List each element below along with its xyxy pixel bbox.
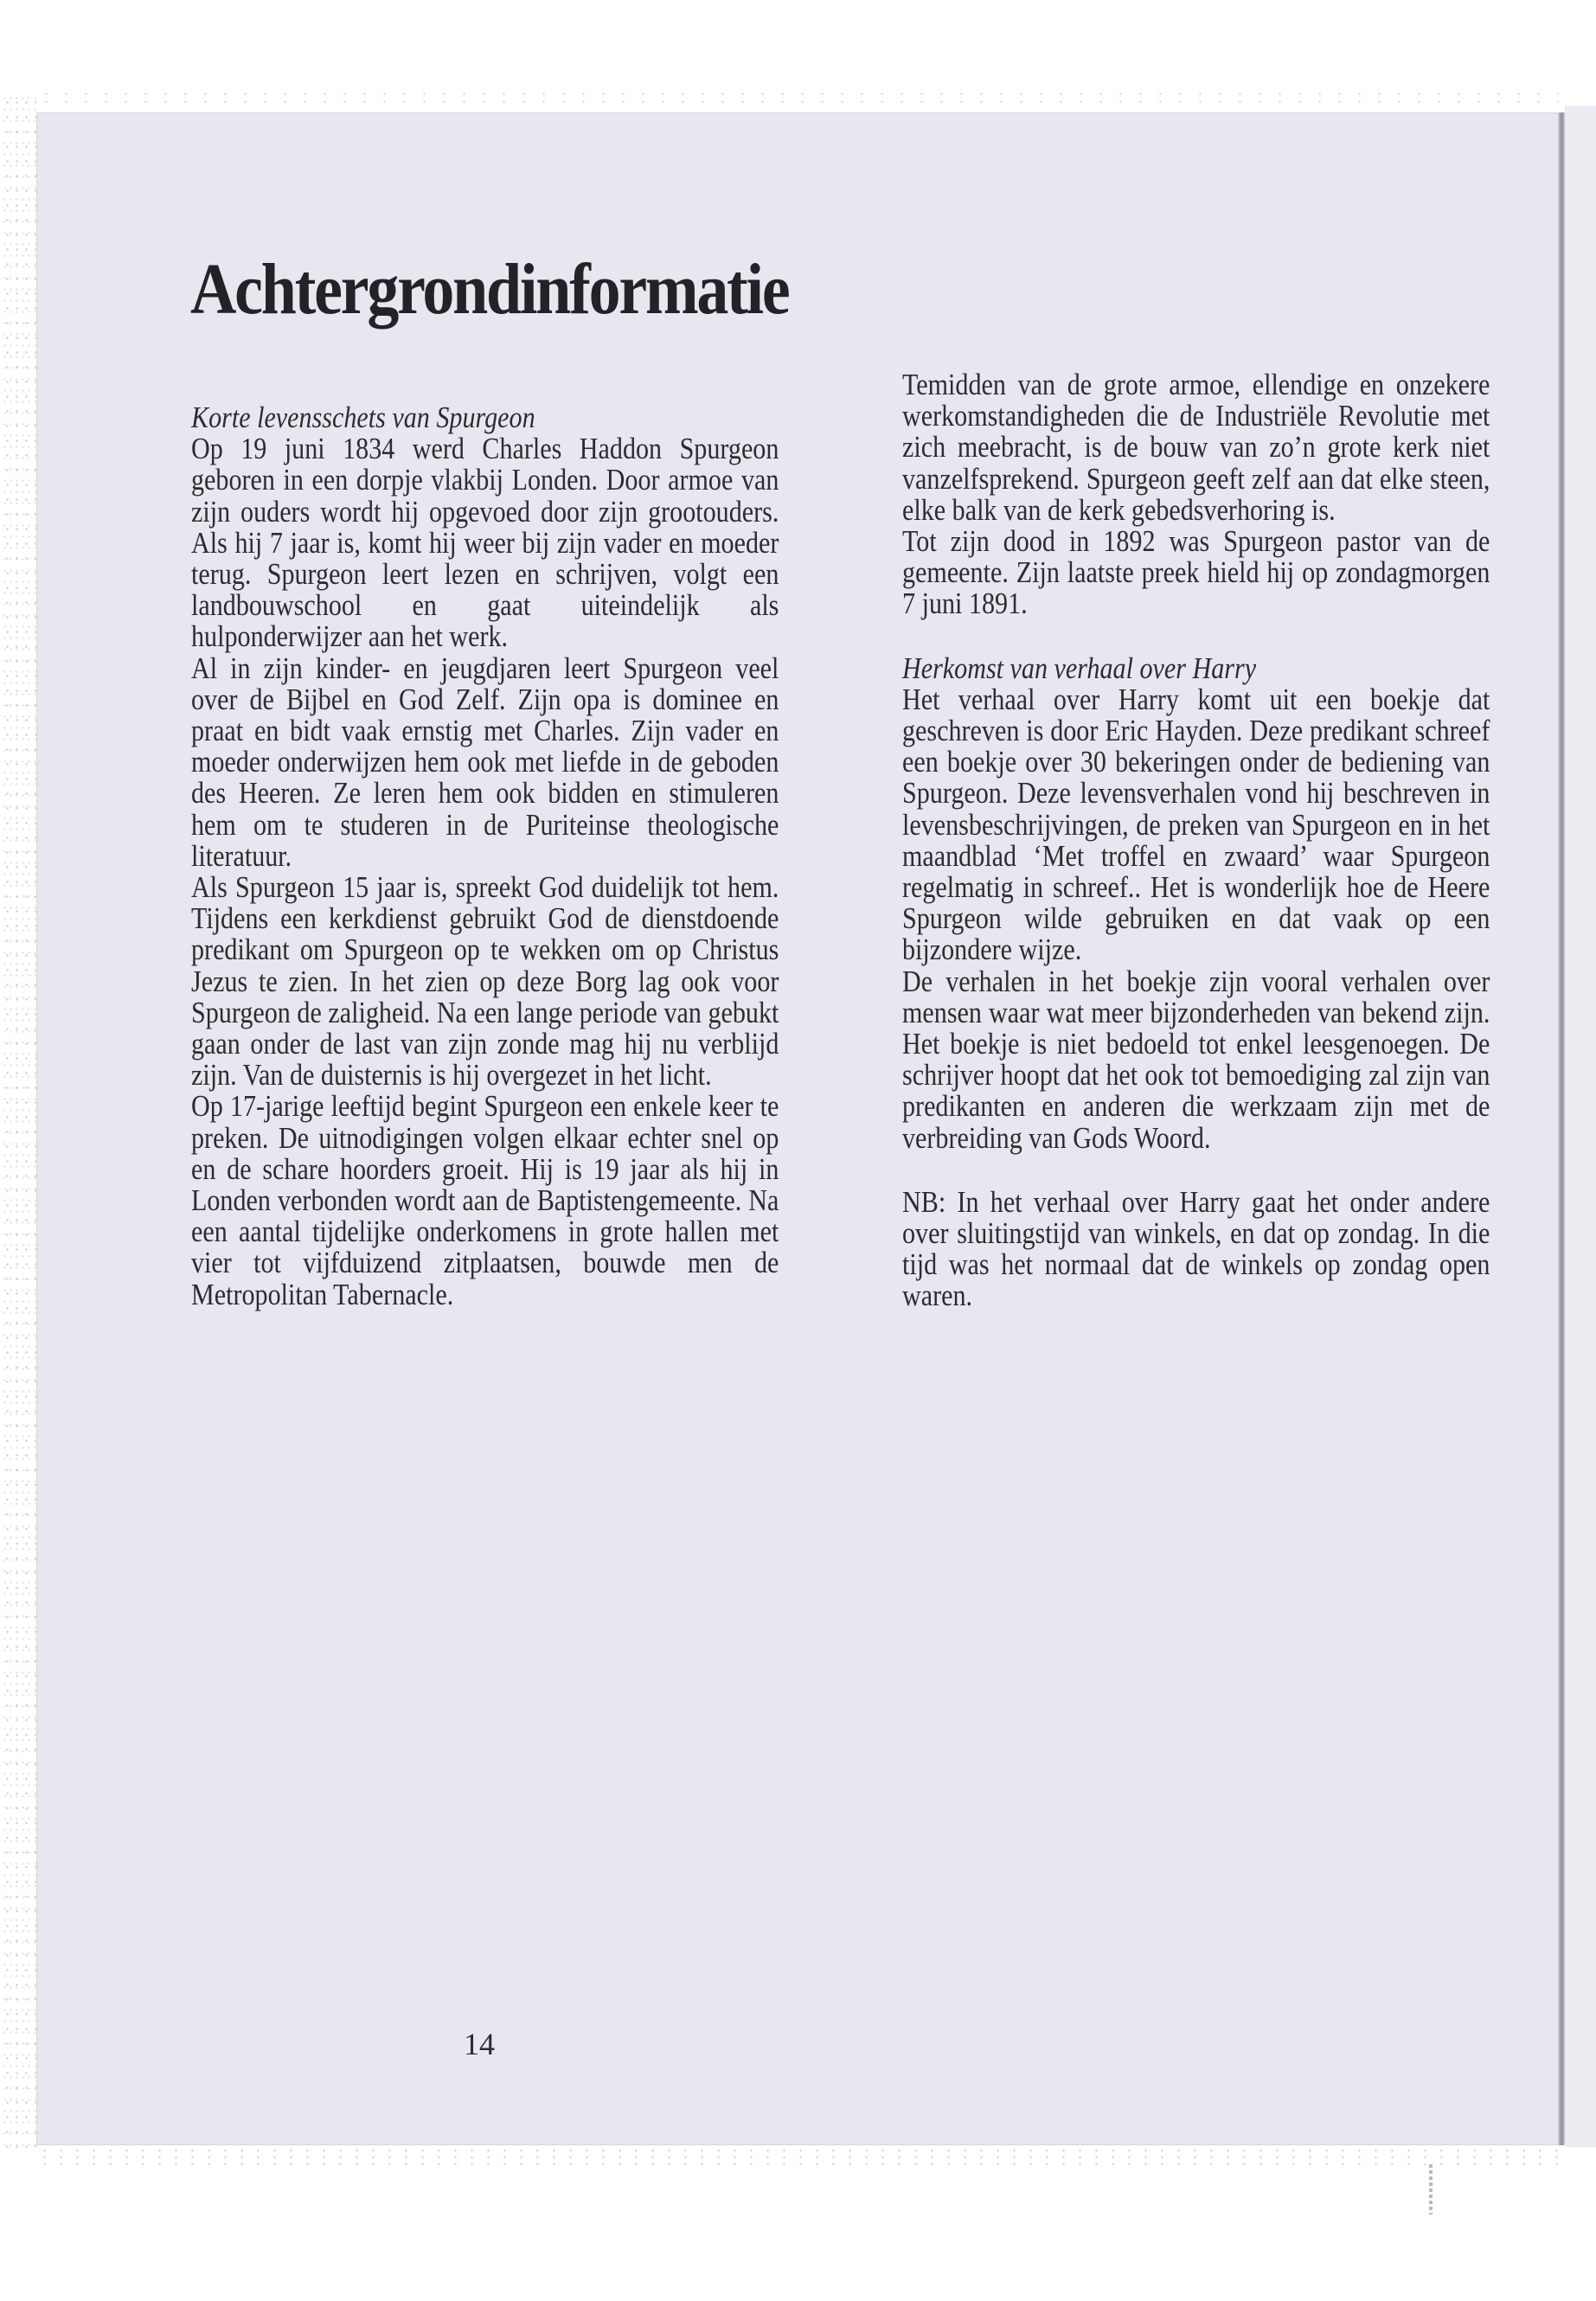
- page-gutter-edge: [1559, 112, 1565, 2145]
- adjacent-page-edge: [1565, 106, 1596, 2147]
- paragraph: Tot zijn dood in 1892 was Spurgeon pasto…: [902, 526, 1490, 620]
- paragraph: Als Spurgeon 15 jaar is, spreekt God dui…: [191, 872, 779, 1091]
- scan-margin-mark: [1429, 2164, 1433, 2214]
- scan-edge-speckle-left: [0, 91, 36, 2150]
- paragraph: Het verhaal over Harry komt uit een boek…: [902, 683, 1490, 967]
- note-paragraph: NB: In het verhaal over Harry gaat het o…: [902, 1187, 1490, 1312]
- left-column: Korte levensschets van Spurgeon Op 19 ju…: [191, 402, 779, 1311]
- paragraph: Al in zijn kinder- en jeugdjaren leert S…: [191, 653, 779, 872]
- page-number: 14: [464, 2026, 495, 2062]
- spacer: [902, 1154, 1490, 1187]
- section-heading-herkomst: Herkomst van verhaal over Harry: [902, 653, 1490, 684]
- section-heading-levensschets: Korte levensschets van Spurgeon: [191, 402, 779, 433]
- paragraph: Op 19 juni 1834 werd Charles Haddon Spur…: [191, 432, 779, 653]
- right-column: Temidden van de grote armoe, ellendige e…: [902, 369, 1490, 1312]
- section-block-herkomst: Herkomst van verhaal over Harry Het verh…: [902, 653, 1490, 966]
- page-title: Achtergrondinformatie: [190, 253, 788, 326]
- spacer: [902, 620, 1490, 653]
- section-block-levensschets: Korte levensschets van Spurgeon Op 19 ju…: [191, 402, 779, 653]
- paragraph: De verhalen in het boekje zijn vooral ve…: [902, 966, 1490, 1154]
- paragraph: Op 17-jarige leeftijd begint Spurgeon ee…: [191, 1091, 779, 1310]
- paragraph: Temidden van de grote armoe, ellendige e…: [902, 369, 1490, 526]
- scan-edge-speckle-bottom: [36, 2147, 1559, 2166]
- scan-edge-speckle-top: [36, 90, 1559, 107]
